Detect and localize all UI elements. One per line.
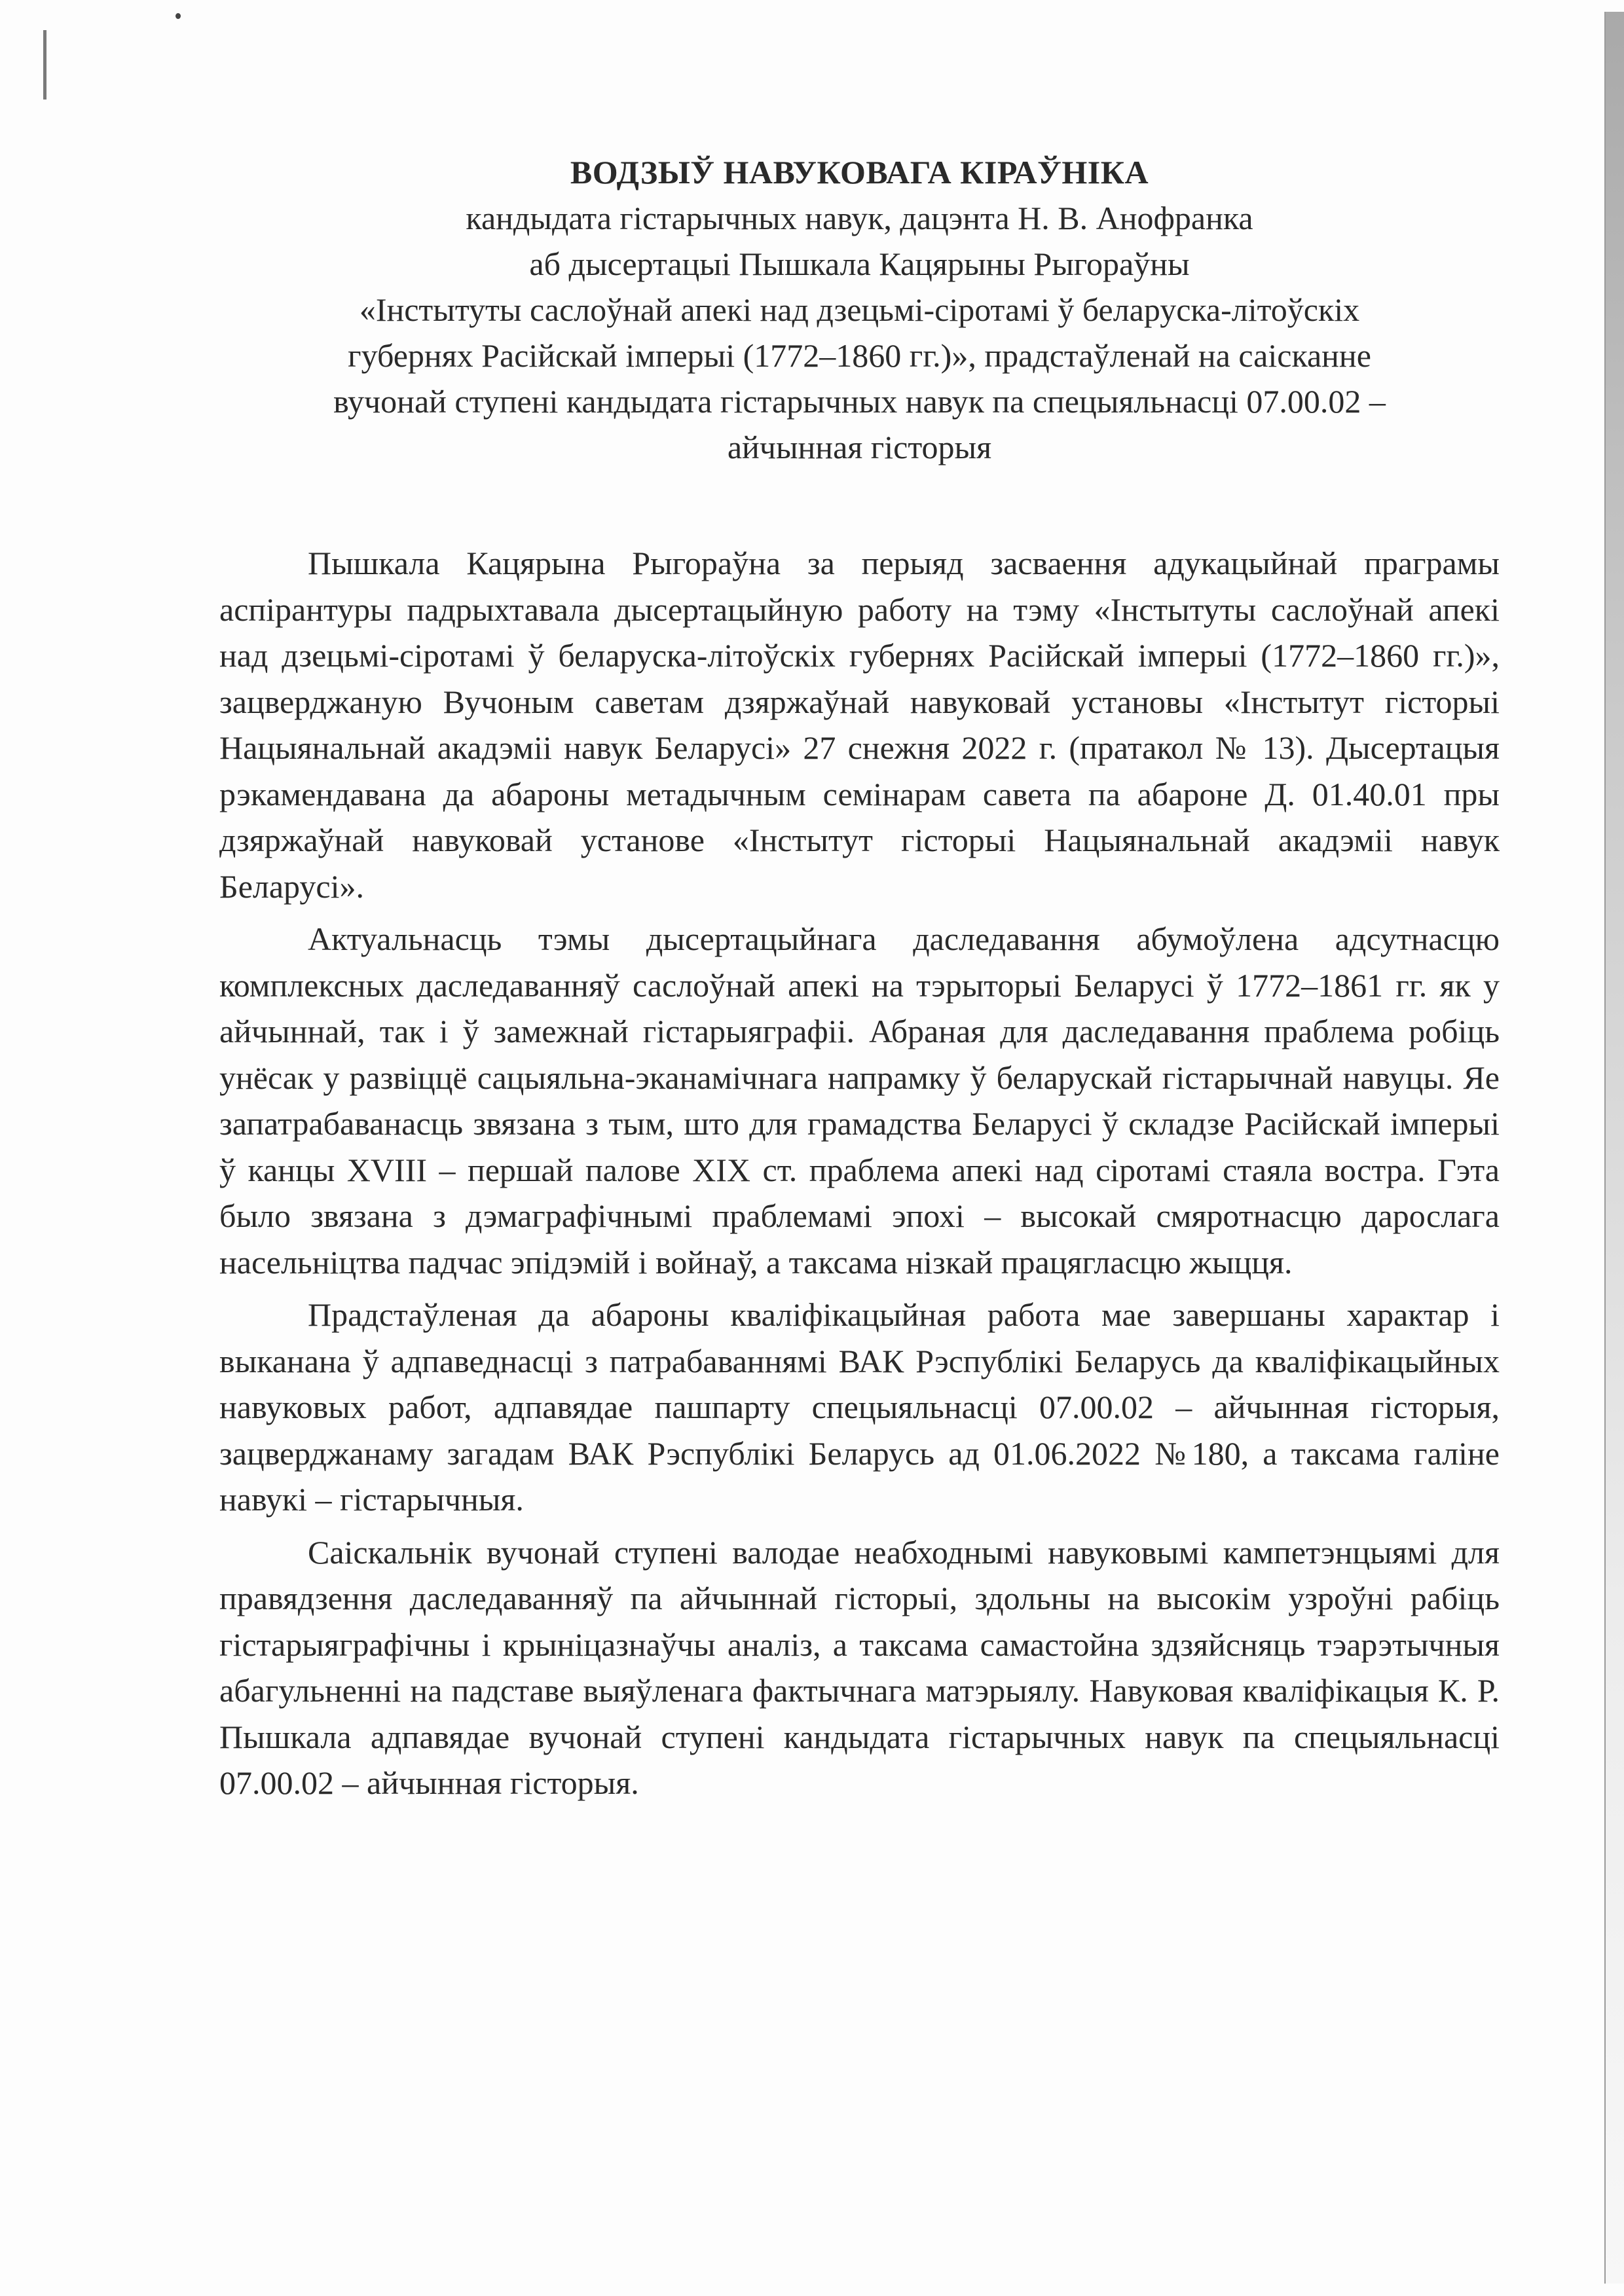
subtitle-line: «Інстытуты саслоўнай апекі над дзецьмі-с… [219,287,1500,333]
subtitle-line: айчынная гісторыя [219,424,1500,470]
document-header: ВОДЗЫЎ НАВУКОВАГА КІРАЎНІКА кандыдата гі… [219,149,1500,470]
subtitle-line: вучонай ступені кандыдата гістарычных на… [219,378,1500,424]
paragraph-relevance: Актуальнасць тэмы дысертацыйнага даследа… [219,916,1500,1285]
document-title: ВОДЗЫЎ НАВУКОВАГА КІРАЎНІКА [219,149,1500,195]
scan-speck [175,13,181,19]
paragraph-conclusion: Саіскальнік вучонай ступені валодае неаб… [219,1529,1500,1806]
paragraph-intro: Пышкала Кацярына Рыгораўна за перыяд зас… [219,540,1500,909]
document-body: Пышкала Кацярына Рыгораўна за перыяд зас… [219,540,1500,1813]
scanned-page: ВОДЗЫЎ НАВУКОВАГА КІРАЎНІКА кандыдата гі… [0,0,1624,2296]
subtitle-line: аб дысертацыі Пышкала Кацярыны Рыгораўны [219,241,1500,287]
subtitle-line: кандыдата гістарычных навук, дацэнта Н. … [219,195,1500,241]
binder-mark [43,30,46,100]
subtitle-line: губернях Расійскай імперыі (1772–1860 гг… [219,333,1500,378]
scan-edge-shadow [1604,12,1624,2284]
paragraph-compliance: Прадстаўленая да абароны кваліфікацыйная… [219,1292,1500,1523]
